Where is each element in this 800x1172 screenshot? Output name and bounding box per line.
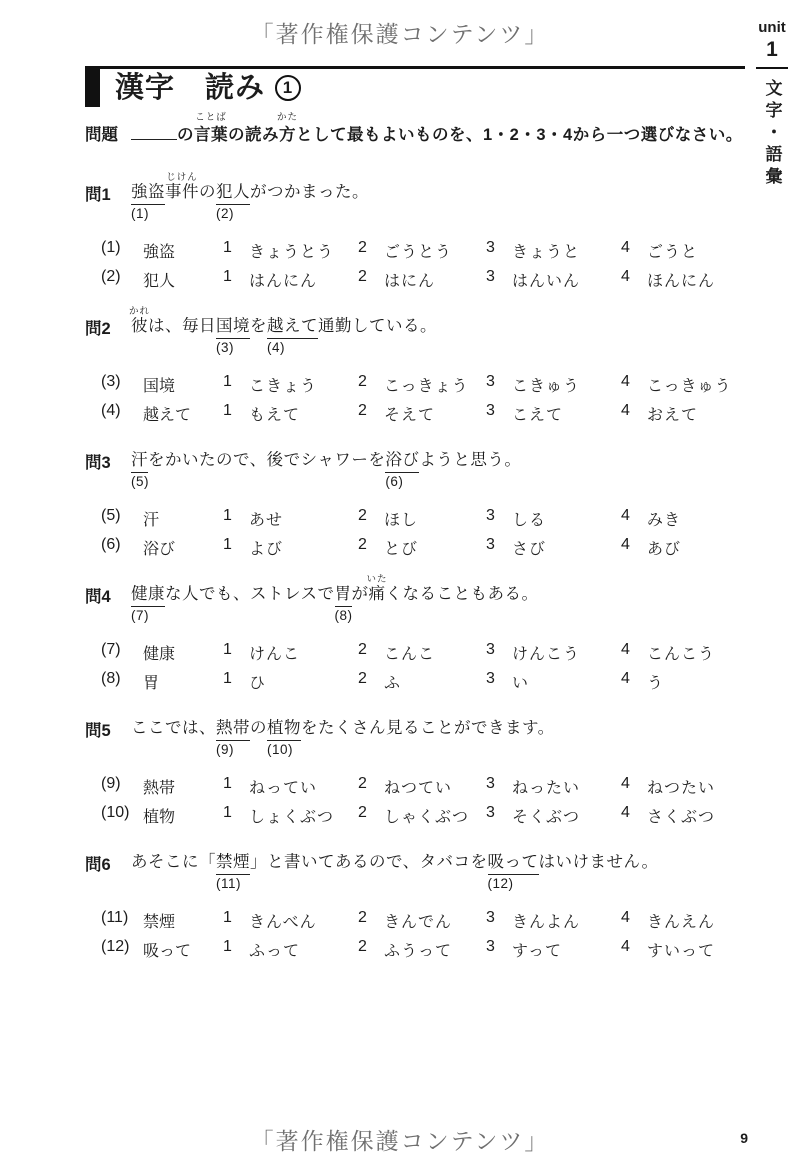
choice-option: 3ねったい bbox=[486, 775, 621, 798]
choice-reading: う bbox=[647, 670, 664, 693]
choice-number: 1 bbox=[223, 373, 249, 396]
choice-option: 3そくぶつ bbox=[486, 804, 621, 827]
choice-reading: すいって bbox=[647, 938, 715, 961]
item-marker: (7) bbox=[131, 609, 149, 623]
option-item-word: 浴び bbox=[143, 536, 175, 559]
sentence-text: ここでは、 bbox=[131, 719, 216, 737]
item-marker: (12) bbox=[488, 877, 514, 891]
question-block: 問4健康(7)な人でも、ストレスで胃(8)がいた痛くなることもある。(7)健康1… bbox=[85, 571, 745, 696]
choice-reading: きんよん bbox=[512, 909, 580, 932]
choice-number: 2 bbox=[358, 402, 384, 425]
choice-number: 1 bbox=[223, 268, 249, 291]
choice-number: 2 bbox=[358, 641, 384, 664]
choice-number: 3 bbox=[486, 775, 512, 798]
option-item-word: 吸って bbox=[143, 938, 191, 961]
sentence-text: の bbox=[250, 719, 267, 737]
choice-reading: よび bbox=[249, 536, 283, 559]
item-marker: (8) bbox=[335, 609, 353, 623]
choice-reading: しょくぶつ bbox=[249, 804, 334, 827]
choice-option: 1ねってい bbox=[223, 775, 358, 798]
option-item-word: 国境 bbox=[143, 373, 175, 396]
choice-reading: い bbox=[512, 670, 529, 693]
choice-option: 3けんこう bbox=[486, 641, 621, 664]
choice-number: 1 bbox=[223, 402, 249, 425]
item-marker: (1) bbox=[131, 207, 149, 221]
option-item-word: 禁煙 bbox=[143, 909, 175, 932]
choice-option: 3しる bbox=[486, 507, 621, 530]
choice-reading: ごうとう bbox=[384, 239, 452, 262]
option-item-label: (4)越えて bbox=[85, 402, 223, 425]
choice-reading: はにん bbox=[384, 268, 435, 291]
sentence-text: ようと思う。 bbox=[419, 451, 521, 469]
choice-number: 2 bbox=[358, 938, 384, 961]
furigana: かれ bbox=[129, 307, 150, 317]
choice-option: 2ほし bbox=[358, 507, 486, 530]
item-marker: (4) bbox=[267, 341, 285, 355]
option-item-label: (6)浴び bbox=[85, 536, 223, 559]
underlined-word: 犯人(2) bbox=[216, 181, 250, 205]
ruby-word: ことば言葉 bbox=[194, 121, 228, 145]
option-item-label: (8)胃 bbox=[85, 670, 223, 693]
title-bar-decoration bbox=[85, 69, 100, 107]
instruction-row: 問題 のことば言葉の読みかた方として最もよいものを、1・2・3・4から一つ選びな… bbox=[85, 109, 745, 145]
sentence-text: の bbox=[177, 126, 194, 144]
choice-number: 4 bbox=[621, 938, 647, 961]
option-item-word: 植物 bbox=[143, 804, 175, 827]
choice-option: 1もえて bbox=[223, 402, 358, 425]
option-item-number: (3) bbox=[101, 373, 143, 396]
choice-reading: こきょう bbox=[249, 373, 317, 396]
question-sentence-row: 問6あそこに「禁煙(11)」と書いてあるので、タバコを吸って(12)はいけません… bbox=[85, 839, 745, 875]
choice-option: 2ふうって bbox=[358, 938, 486, 961]
option-row: (12)吸って1ふって2ふうって3すって4すいって bbox=[85, 935, 745, 964]
option-item-word: 汗 bbox=[143, 507, 159, 530]
choice-option: 3い bbox=[486, 670, 621, 693]
option-item-number: (9) bbox=[101, 775, 143, 798]
choice-option: 4おえて bbox=[621, 402, 745, 425]
choice-reading: こっきょう bbox=[384, 373, 469, 396]
choice-number: 4 bbox=[621, 536, 647, 559]
option-item-number: (4) bbox=[101, 402, 143, 425]
option-item-number: (8) bbox=[101, 670, 143, 693]
choice-option: 3さび bbox=[486, 536, 621, 559]
underlined-word: 浴び(6) bbox=[385, 449, 419, 473]
choice-reading: ねつてい bbox=[384, 775, 452, 798]
sentence-text: の読み bbox=[228, 126, 279, 144]
sentence-text: 」と書いてあるので、タバコを bbox=[250, 853, 488, 871]
choice-reading: きんえん bbox=[647, 909, 715, 932]
choice-reading: さくぶつ bbox=[647, 804, 715, 827]
option-item-label: (2)犯人 bbox=[85, 268, 223, 291]
option-item-number: (5) bbox=[101, 507, 143, 530]
choice-reading: しる bbox=[512, 507, 546, 530]
option-row: (7)健康1けんこ2こんこ3けんこう4こんこう bbox=[85, 638, 745, 667]
choice-option: 4こんこう bbox=[621, 641, 745, 664]
choice-reading: ねつたい bbox=[647, 775, 715, 798]
instruction-label: 問題 bbox=[85, 121, 131, 145]
ruby-word: かれ彼 bbox=[131, 315, 148, 337]
choice-number: 2 bbox=[358, 804, 384, 827]
choice-option: 1よび bbox=[223, 536, 358, 559]
choice-option: 3こきゅう bbox=[486, 373, 621, 396]
choice-reading: こんこ bbox=[384, 641, 435, 664]
option-row: (2)犯人1はんにん2はにん3はんいん4ほんにん bbox=[85, 265, 745, 294]
furigana: ことば bbox=[195, 113, 227, 123]
choice-option: 2こんこ bbox=[358, 641, 486, 664]
ruby-word: かた方 bbox=[279, 121, 296, 145]
option-item-word: 胃 bbox=[143, 670, 159, 693]
option-item-label: (1)強盗 bbox=[85, 239, 223, 262]
options-table: (9)熱帯1ねってい2ねつてい3ねったい4ねつたい(10)植物1しょくぶつ2しゃ… bbox=[85, 772, 745, 830]
underlined-word: 熱帯(9) bbox=[216, 717, 250, 741]
choice-number: 4 bbox=[621, 373, 647, 396]
option-item-number: (12) bbox=[101, 938, 143, 961]
section-header: 漢字 読み 1 bbox=[85, 66, 745, 107]
underlined-word: 越えて(4) bbox=[267, 315, 318, 339]
choice-option: 4さくぶつ bbox=[621, 804, 745, 827]
question-sentence: 汗(5)をかいたので、後でシャワーを浴び(6)ようと思う。 bbox=[131, 449, 521, 473]
option-row: (1)強盗1きょうとう2ごうとう3きょうと4ごうと bbox=[85, 236, 745, 265]
unit-number: 1 bbox=[750, 37, 794, 62]
choice-number: 2 bbox=[358, 670, 384, 693]
choice-option: 4すいって bbox=[621, 938, 745, 961]
sentence-text: の bbox=[199, 183, 216, 201]
item-marker: (10) bbox=[267, 743, 293, 757]
choice-reading: とび bbox=[384, 536, 418, 559]
choice-number: 3 bbox=[486, 373, 512, 396]
choice-option: 2そえて bbox=[358, 402, 486, 425]
option-item-label: (10)植物 bbox=[85, 804, 223, 827]
option-item-number: (7) bbox=[101, 641, 143, 664]
choice-option: 2ふ bbox=[358, 670, 486, 693]
choice-number: 4 bbox=[621, 268, 647, 291]
option-item-word: 熱帯 bbox=[143, 775, 175, 798]
choice-number: 4 bbox=[621, 507, 647, 530]
choice-option: 1けんこ bbox=[223, 641, 358, 664]
question-block: 問1強盗(1)じけん事件の犯人(2)がつかまった。(1)強盗1きょうとう2ごうと… bbox=[85, 169, 745, 294]
choice-option: 1きんべん bbox=[223, 909, 358, 932]
option-item-number: (10) bbox=[101, 804, 143, 827]
question-sentence: 強盗(1)じけん事件の犯人(2)がつかまった。 bbox=[131, 181, 369, 205]
question-sentence-row: 問2かれ彼は、毎日国境(3)を越えて(4)通勤している。 bbox=[85, 303, 745, 339]
choice-reading: しゃくぶつ bbox=[384, 804, 469, 827]
choice-number: 2 bbox=[358, 268, 384, 291]
choice-option: 3きんよん bbox=[486, 909, 621, 932]
question-sentence: かれ彼は、毎日国境(3)を越えて(4)通勤している。 bbox=[131, 315, 437, 339]
choice-reading: きょうと bbox=[512, 239, 580, 262]
choice-reading: ねってい bbox=[249, 775, 317, 798]
sentence-text: くなることもある。 bbox=[386, 585, 539, 603]
option-row: (3)国境1こきょう2こっきょう3こきゅう4こっきゅう bbox=[85, 370, 745, 399]
underlined-word: 胃(8) bbox=[335, 583, 352, 607]
choice-number: 3 bbox=[486, 938, 512, 961]
option-item-label: (11)禁煙 bbox=[85, 909, 223, 932]
question-label: 問5 bbox=[85, 717, 131, 741]
choice-number: 4 bbox=[621, 239, 647, 262]
question-block: 問6あそこに「禁煙(11)」と書いてあるので、タバコを吸って(12)はいけません… bbox=[85, 839, 745, 964]
choice-reading: ほんにん bbox=[647, 268, 715, 291]
choice-reading: きんべん bbox=[249, 909, 317, 932]
ruby-word: いた痛 bbox=[369, 583, 386, 605]
choice-reading: ねったい bbox=[512, 775, 580, 798]
copyright-watermark-bottom: 「著作権保護コンテンツ」 bbox=[0, 1123, 800, 1156]
choice-number: 2 bbox=[358, 536, 384, 559]
underlined-word: 健康(7) bbox=[131, 583, 165, 607]
unit-label: unit bbox=[750, 20, 794, 37]
choice-reading: ふって bbox=[249, 938, 300, 961]
options-table: (7)健康1けんこ2こんこ3けんこう4こんこう(8)胃1ひ2ふ3い4う bbox=[85, 638, 745, 696]
question-sentence-row: 問3汗(5)をかいたので、後でシャワーを浴び(6)ようと思う。 bbox=[85, 437, 745, 473]
section-title-text: 漢字 読み bbox=[115, 69, 265, 107]
sentence-text: が bbox=[352, 585, 369, 603]
question-label: 問3 bbox=[85, 449, 131, 473]
item-marker: (2) bbox=[216, 207, 234, 221]
choice-reading: きょうとう bbox=[249, 239, 334, 262]
choice-number: 2 bbox=[358, 909, 384, 932]
choice-reading: ふ bbox=[384, 670, 401, 693]
choice-option: 4あび bbox=[621, 536, 745, 559]
choice-reading: あせ bbox=[249, 507, 283, 530]
question-block: 問2かれ彼は、毎日国境(3)を越えて(4)通勤している。(3)国境1こきょう2こ… bbox=[85, 303, 745, 428]
choice-reading: きんでん bbox=[384, 909, 452, 932]
choice-reading: さび bbox=[512, 536, 546, 559]
choice-reading: あび bbox=[647, 536, 681, 559]
options-table: (3)国境1こきょう2こっきょう3こきゅう4こっきゅう(4)越えて1もえて2そえ… bbox=[85, 370, 745, 428]
unit-sidebar: unit 1 文字・語彙 bbox=[750, 20, 794, 189]
choice-option: 1ひ bbox=[223, 670, 358, 693]
choice-reading: ひ bbox=[249, 670, 266, 693]
choice-reading: みき bbox=[647, 507, 681, 530]
choice-option: 1しょくぶつ bbox=[223, 804, 358, 827]
choice-option: 4きんえん bbox=[621, 909, 745, 932]
instruction-blank bbox=[131, 124, 177, 140]
questions-list: 問1強盗(1)じけん事件の犯人(2)がつかまった。(1)強盗1きょうとう2ごうと… bbox=[85, 169, 745, 964]
choice-number: 2 bbox=[358, 775, 384, 798]
choice-option: 4ほんにん bbox=[621, 268, 745, 291]
choice-number: 3 bbox=[486, 670, 512, 693]
choice-number: 4 bbox=[621, 670, 647, 693]
choice-reading: こきゅう bbox=[512, 373, 580, 396]
choice-number: 3 bbox=[486, 909, 512, 932]
question-block: 問3汗(5)をかいたので、後でシャワーを浴び(6)ようと思う。(5)汗1あせ2ほ… bbox=[85, 437, 745, 562]
underlined-word: 植物(10) bbox=[267, 717, 301, 741]
choice-reading: けんこ bbox=[249, 641, 300, 664]
choice-number: 4 bbox=[621, 775, 647, 798]
question-sentence-row: 問1強盗(1)じけん事件の犯人(2)がつかまった。 bbox=[85, 169, 745, 205]
option-item-label: (12)吸って bbox=[85, 938, 223, 961]
choice-reading: けんこう bbox=[512, 641, 580, 664]
sentence-text: をたくさん見ることができます。 bbox=[301, 719, 555, 737]
choice-number: 1 bbox=[223, 804, 249, 827]
copyright-watermark-top: 「著作権保護コンテンツ」 bbox=[0, 16, 800, 49]
circled-number-icon: 1 bbox=[275, 75, 301, 101]
option-item-number: (2) bbox=[101, 268, 143, 291]
unit-category-vertical: 文字・語彙 bbox=[760, 79, 785, 189]
choice-option: 3きょうと bbox=[486, 239, 621, 262]
choice-option: 4こっきゅう bbox=[621, 373, 745, 396]
sentence-text: な人でも、ストレスで bbox=[165, 585, 335, 603]
underlined-word: 強盗(1) bbox=[131, 181, 165, 205]
furigana: かた bbox=[277, 113, 298, 123]
choice-option: 2とび bbox=[358, 536, 486, 559]
question-block: 問5ここでは、熱帯(9)の植物(10)をたくさん見ることができます。(9)熱帯1… bbox=[85, 705, 745, 830]
underlined-word: 禁煙(11) bbox=[216, 851, 250, 875]
choice-option: 2こっきょう bbox=[358, 373, 486, 396]
choice-reading: おえて bbox=[647, 402, 698, 425]
sentence-text: あそこに「 bbox=[131, 853, 216, 871]
question-label: 問4 bbox=[85, 583, 131, 607]
option-row: (4)越えて1もえて2そえて3こえて4おえて bbox=[85, 399, 745, 428]
choice-option: 4う bbox=[621, 670, 745, 693]
choice-option: 2しゃくぶつ bbox=[358, 804, 486, 827]
option-row: (9)熱帯1ねってい2ねつてい3ねったい4ねつたい bbox=[85, 772, 745, 801]
item-marker: (11) bbox=[216, 877, 241, 891]
option-item-number: (6) bbox=[101, 536, 143, 559]
choice-number: 2 bbox=[358, 507, 384, 530]
choice-option: 3はんいん bbox=[486, 268, 621, 291]
option-item-word: 犯人 bbox=[143, 268, 175, 291]
option-item-word: 強盗 bbox=[143, 239, 175, 262]
choice-option: 1ふって bbox=[223, 938, 358, 961]
choice-number: 1 bbox=[223, 938, 249, 961]
choice-option: 2きんでん bbox=[358, 909, 486, 932]
choice-option: 2ごうとう bbox=[358, 239, 486, 262]
question-label: 問2 bbox=[85, 315, 131, 339]
section-title: 漢字 読み 1 bbox=[115, 69, 301, 107]
instruction-text: のことば言葉の読みかた方として最もよいものを、1・2・3・4から一つ選びなさい。 bbox=[131, 121, 743, 145]
underlined-word: 汗(5) bbox=[131, 449, 148, 473]
option-item-number: (1) bbox=[101, 239, 143, 262]
choice-option: 3こえて bbox=[486, 402, 621, 425]
choice-number: 4 bbox=[621, 804, 647, 827]
choice-number: 3 bbox=[486, 402, 512, 425]
choice-number: 4 bbox=[621, 402, 647, 425]
option-item-label: (7)健康 bbox=[85, 641, 223, 664]
choice-reading: ごうと bbox=[647, 239, 698, 262]
choice-reading: こえて bbox=[512, 402, 563, 425]
sentence-text: をかいたので、後でシャワーを bbox=[148, 451, 385, 469]
underlined-word: 吸って(12) bbox=[488, 851, 539, 875]
sentence-text: がつかまった。 bbox=[250, 183, 369, 201]
choice-number: 2 bbox=[358, 239, 384, 262]
sentence-text: は、毎日 bbox=[148, 317, 216, 335]
choice-number: 1 bbox=[223, 909, 249, 932]
choice-option: 1きょうとう bbox=[223, 239, 358, 262]
options-table: (11)禁煙1きんべん2きんでん3きんよん4きんえん(12)吸って1ふって2ふう… bbox=[85, 906, 745, 964]
item-marker: (9) bbox=[216, 743, 234, 757]
unit-divider bbox=[756, 67, 788, 69]
choice-number: 2 bbox=[358, 373, 384, 396]
sentence-text: 通勤している。 bbox=[318, 317, 437, 335]
question-label: 問1 bbox=[85, 181, 131, 205]
options-table: (1)強盗1きょうとう2ごうとう3きょうと4ごうと(2)犯人1はんにん2はにん3… bbox=[85, 236, 745, 294]
choice-number: 1 bbox=[223, 641, 249, 664]
question-label: 問6 bbox=[85, 851, 131, 875]
choice-option: 2はにん bbox=[358, 268, 486, 291]
choice-number: 1 bbox=[223, 507, 249, 530]
option-item-number: (11) bbox=[101, 909, 143, 932]
choice-number: 3 bbox=[486, 507, 512, 530]
option-item-label: (3)国境 bbox=[85, 373, 223, 396]
choice-number: 3 bbox=[486, 239, 512, 262]
choice-reading: こんこう bbox=[647, 641, 715, 664]
choice-reading: こっきゅう bbox=[647, 373, 732, 396]
choice-option: 1こきょう bbox=[223, 373, 358, 396]
item-marker: (3) bbox=[216, 341, 234, 355]
choice-option: 4みき bbox=[621, 507, 745, 530]
sentence-text: はいけません。 bbox=[539, 853, 659, 871]
choice-number: 4 bbox=[621, 641, 647, 664]
item-marker: (5) bbox=[131, 475, 149, 489]
choice-reading: ふうって bbox=[384, 938, 452, 961]
choice-reading: もえて bbox=[249, 402, 300, 425]
choice-option: 3すって bbox=[486, 938, 621, 961]
sentence-text: として最もよいものを、1・2・3・4から一つ選びなさい。 bbox=[296, 126, 743, 144]
option-item-word: 越えて bbox=[143, 402, 191, 425]
choice-number: 1 bbox=[223, 536, 249, 559]
question-sentence-row: 問5ここでは、熱帯(9)の植物(10)をたくさん見ることができます。 bbox=[85, 705, 745, 741]
option-row: (5)汗1あせ2ほし3しる4みき bbox=[85, 504, 745, 533]
option-item-label: (5)汗 bbox=[85, 507, 223, 530]
choice-option: 1はんにん bbox=[223, 268, 358, 291]
options-table: (5)汗1あせ2ほし3しる4みき(6)浴び1よび2とび3さび4あび bbox=[85, 504, 745, 562]
choice-reading: すって bbox=[512, 938, 562, 961]
choice-option: 1あせ bbox=[223, 507, 358, 530]
choice-number: 3 bbox=[486, 536, 512, 559]
option-item-label: (9)熱帯 bbox=[85, 775, 223, 798]
question-sentence: 健康(7)な人でも、ストレスで胃(8)がいた痛くなることもある。 bbox=[131, 583, 539, 607]
choice-number: 1 bbox=[223, 775, 249, 798]
choice-number: 3 bbox=[486, 641, 512, 664]
choice-option: 2ねつてい bbox=[358, 775, 486, 798]
sentence-text: を bbox=[250, 317, 267, 335]
option-row: (11)禁煙1きんべん2きんでん3きんよん4きんえん bbox=[85, 906, 745, 935]
choice-reading: はんにん bbox=[249, 268, 317, 291]
furigana: じけん bbox=[166, 173, 198, 183]
choice-number: 3 bbox=[486, 804, 512, 827]
page-number: 9 bbox=[740, 1130, 748, 1146]
question-sentence: ここでは、熱帯(9)の植物(10)をたくさん見ることができます。 bbox=[131, 717, 555, 741]
choice-number: 1 bbox=[223, 239, 249, 262]
choice-reading: そえて bbox=[384, 402, 435, 425]
choice-number: 1 bbox=[223, 670, 249, 693]
choice-option: 4ねつたい bbox=[621, 775, 745, 798]
question-sentence: あそこに「禁煙(11)」と書いてあるので、タバコを吸って(12)はいけません。 bbox=[131, 851, 659, 875]
ruby-word: じけん事件 bbox=[165, 181, 199, 203]
underlined-word: 国境(3) bbox=[216, 315, 250, 339]
question-sentence-row: 問4健康(7)な人でも、ストレスで胃(8)がいた痛くなることもある。 bbox=[85, 571, 745, 607]
choice-option: 4ごうと bbox=[621, 239, 745, 262]
option-row: (6)浴び1よび2とび3さび4あび bbox=[85, 533, 745, 562]
choice-reading: そくぶつ bbox=[512, 804, 580, 827]
furigana: いた bbox=[367, 575, 388, 585]
choice-number: 4 bbox=[621, 909, 647, 932]
item-marker: (6) bbox=[385, 475, 403, 489]
choice-number: 3 bbox=[486, 268, 512, 291]
option-item-word: 健康 bbox=[143, 641, 175, 664]
option-row: (10)植物1しょくぶつ2しゃくぶつ3そくぶつ4さくぶつ bbox=[85, 801, 745, 830]
main-content: 漢字 読み 1 問題 のことば言葉の読みかた方として最もよいものを、1・2・3・… bbox=[85, 66, 745, 973]
option-row: (8)胃1ひ2ふ3い4う bbox=[85, 667, 745, 696]
choice-reading: はんいん bbox=[512, 268, 580, 291]
choice-reading: ほし bbox=[384, 507, 418, 530]
